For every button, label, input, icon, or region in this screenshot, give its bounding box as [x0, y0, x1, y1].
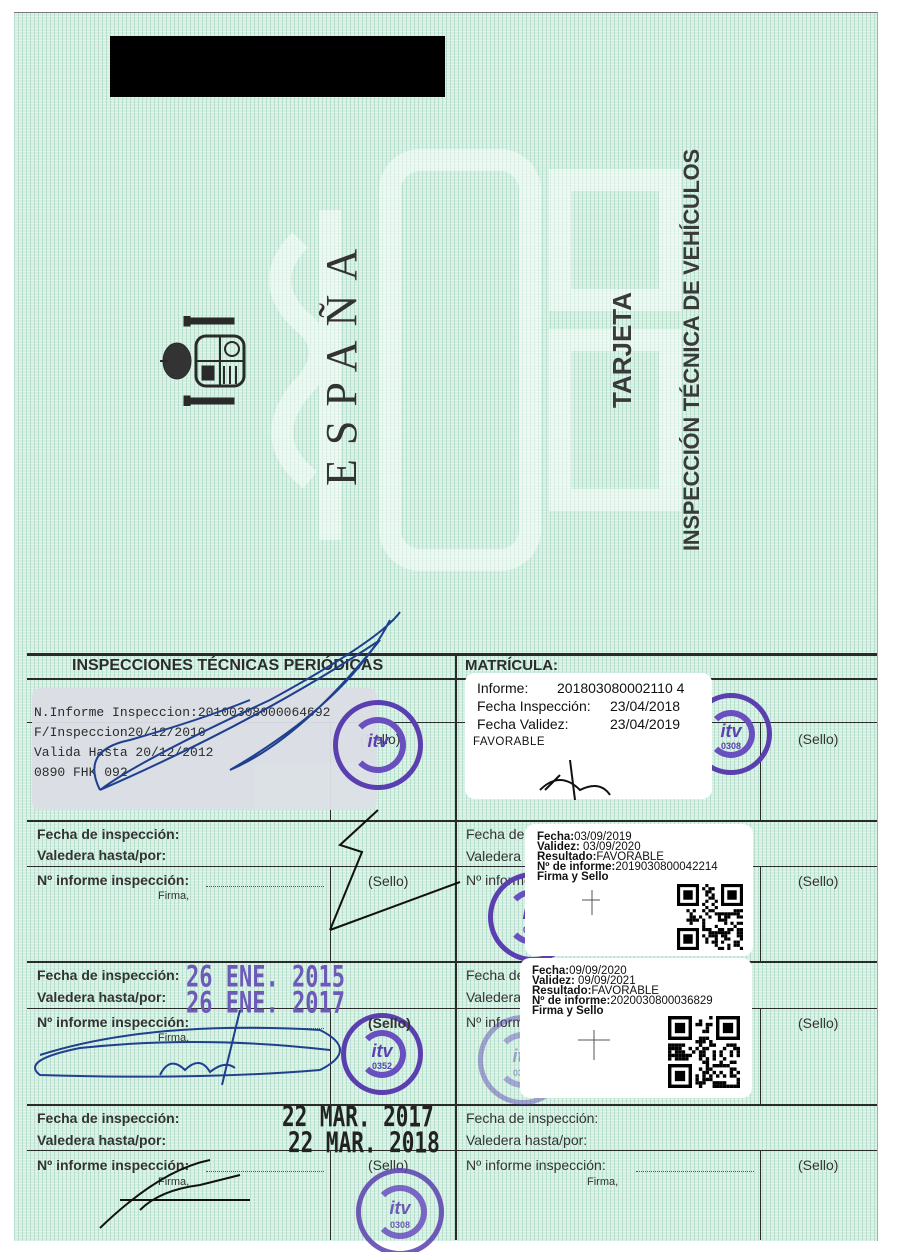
valid-until-label: Valedera hasta/por: [37, 847, 166, 863]
seal-label: (Sello) [798, 731, 838, 747]
report-number: 2019030800042214 [615, 861, 717, 873]
inspection-sticker-2010: N.Informe Inspeccion:20100308000064692 F… [32, 688, 377, 810]
coat-of-arms-icon [160, 316, 252, 406]
column-divider [455, 653, 457, 1240]
sticker-line: N.Informe Inspeccion:20100308000064692 [34, 704, 330, 721]
seal-label: (Sello) [798, 873, 838, 889]
country-name: ESPAÑA [327, 225, 357, 495]
periodic-inspections-heading: INSPECCIONES TÉCNICAS PERIÓDICAS [72, 657, 383, 675]
valid-until-label: Valedera hasta/por: [37, 989, 166, 1005]
valid-until-label: Valedera hasta/por: [37, 1132, 166, 1148]
column-divider [760, 1150, 761, 1240]
validity-date: 23/04/2019 [610, 716, 680, 732]
report-number-label: Nº informe inspección: [37, 1157, 189, 1173]
inspection-sticker-2019: Fecha:03/09/2019 Validez: 03/09/2020 Res… [525, 824, 753, 956]
date-stamp-valid: 26 ENE. 2017 [186, 987, 345, 1021]
report-number-label: Nº informe inspección: [466, 1157, 606, 1173]
divider [27, 820, 877, 822]
inspection-date: 23/04/2018 [610, 698, 680, 714]
inspection-date-label: Fecha de inspección: [37, 1110, 179, 1126]
inspection-date-label: Fecha de inspección: [466, 1110, 598, 1126]
report-number-label: Nº informe inspección: [37, 1014, 189, 1030]
sticker-line: Valida Hasta 20/12/2012 [34, 744, 213, 761]
column-divider [330, 866, 331, 961]
result: FAVORABLE [473, 733, 545, 751]
report-number-field [206, 1028, 324, 1029]
redacted-area [110, 36, 445, 97]
itv-stamp: itv [333, 700, 423, 790]
signature-label: Firma, [587, 1176, 618, 1188]
divider [27, 678, 877, 680]
seal-label: (Sello) [368, 873, 408, 889]
signature-label: Firma, [158, 890, 189, 902]
seal-label: (Sello) [798, 1157, 838, 1173]
date-stamp-valid: 22 MAR. 2018 [288, 1127, 440, 1159]
inspection-sticker-2020: Fecha:09/09/2020 Validez: 09/09/2021 Res… [520, 958, 752, 1098]
registration-heading: MATRÍCULA: [465, 657, 558, 674]
sticker-line: 0890 FHK 092 [34, 764, 128, 781]
report-number-field [206, 1171, 324, 1172]
divider [27, 1104, 877, 1106]
column-divider [760, 1008, 761, 1104]
inspection-date-label: Fecha de inspección: [37, 967, 179, 983]
column-divider [330, 1008, 331, 1104]
qr-code-icon [668, 1016, 740, 1088]
signature-label: Firma, [158, 1032, 189, 1044]
card-type: TARJETA [607, 285, 637, 415]
report-number: 201803080002110 4 [557, 680, 684, 696]
valid-until-label: Valedera hasta/por: [466, 1132, 587, 1148]
inspection-date-label: Fecha de inspección: [37, 826, 179, 842]
itv-stamp: itv 0308 [356, 1168, 444, 1252]
seal-label: (Sello) [798, 1015, 838, 1031]
report-number-field [636, 1171, 754, 1172]
qr-code-icon [677, 884, 743, 950]
report-number-label: Nº informe inspección: [37, 872, 189, 888]
divider [27, 653, 877, 656]
column-divider [760, 866, 761, 961]
report-number: 2020030800036829 [610, 995, 712, 1007]
divider [27, 1150, 877, 1151]
report-number-field [206, 886, 324, 887]
signature-label: Firma, [158, 1176, 189, 1188]
sticker-line: F/Inspeccion20/12/2010 [34, 724, 206, 741]
document-title: INSPECCIÓN TÉCNICA DE VEHÍCULOS [677, 135, 707, 565]
column-divider [330, 1150, 331, 1240]
inspection-sticker-2018: Informe:201803080002110 4 Fecha Inspecci… [465, 673, 712, 799]
seal-label: (Sello) [368, 1015, 411, 1031]
